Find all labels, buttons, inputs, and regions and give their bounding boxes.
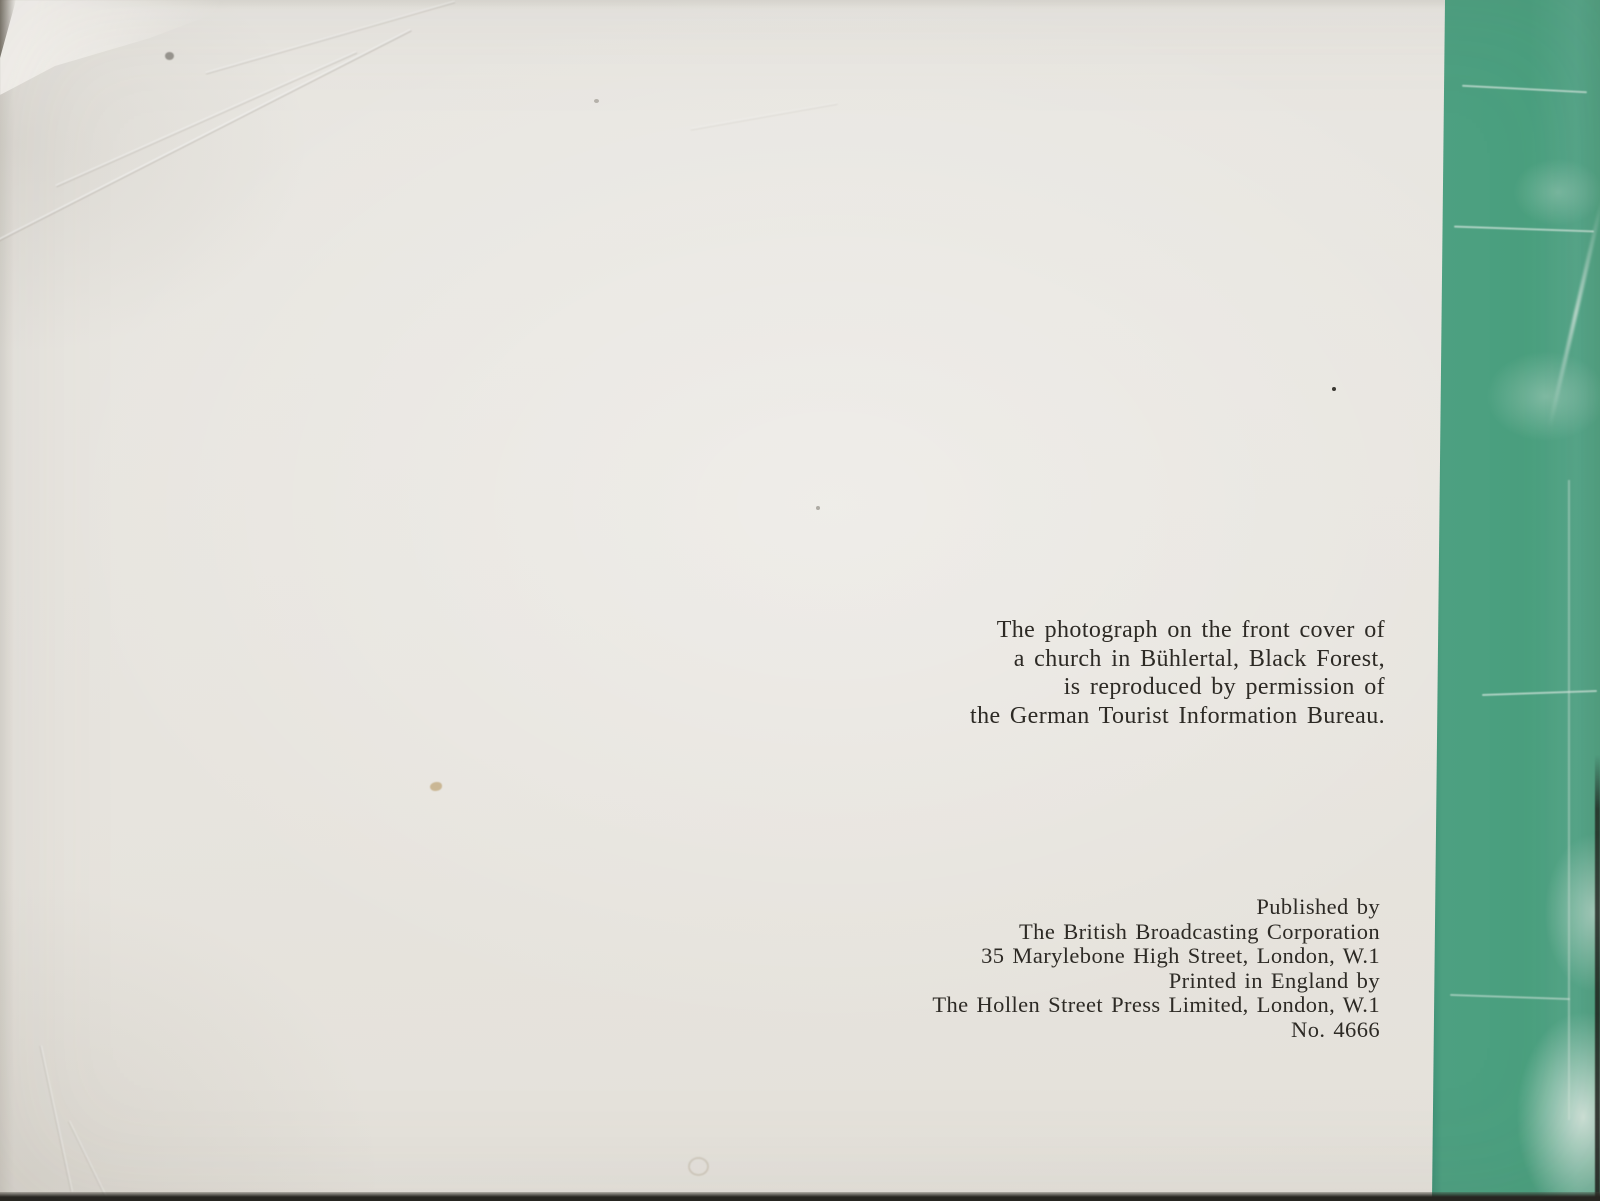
green-spine-strip [1432, 0, 1600, 1201]
paper-surface: The photograph on the front cover of a c… [0, 0, 1600, 1201]
paper-speck [594, 99, 599, 103]
imprint-line: 35 Marylebone High Street, London, W.1 [932, 944, 1380, 969]
ring-stain [688, 1157, 709, 1176]
paper-speck [816, 506, 820, 510]
credit-line: The photograph on the front cover of [970, 616, 1385, 645]
paper-speck [165, 52, 174, 60]
crease-line [690, 102, 838, 131]
scan-bottom-edge [0, 1192, 1600, 1201]
paper-speck [1332, 387, 1336, 391]
imprint-line: The Hollen Street Press Limited, London,… [932, 993, 1380, 1018]
imprint-line: The British Broadcasting Corporation [932, 920, 1380, 945]
crease-line [67, 1120, 109, 1201]
credit-line: a church in Bühlertal, Black Forest, [970, 645, 1385, 674]
spine-edge-shadow [1595, 755, 1600, 1201]
imprint-line: Printed in England by [932, 969, 1380, 994]
book-back-cover: The photograph on the front cover of a c… [0, 0, 1600, 1201]
imprint-line: No. 4666 [932, 1018, 1380, 1043]
paper-stain [430, 782, 442, 791]
credit-line: the German Tourist Information Bureau. [970, 702, 1385, 731]
spine-scuff-streak [1548, 198, 1600, 428]
spine-vertical-crease [1568, 480, 1570, 1120]
cover-photo-credit: The photograph on the front cover of a c… [970, 616, 1385, 730]
crease-line [39, 1045, 73, 1192]
spine-crease [1454, 226, 1594, 233]
spine-crease [1462, 85, 1587, 94]
publisher-imprint: Published by The British Broadcasting Co… [932, 895, 1380, 1042]
spine-crease [1450, 994, 1570, 1000]
torn-corner [0, 0, 250, 95]
imprint-line: Published by [932, 895, 1380, 920]
credit-line: is reproduced by permission of [970, 673, 1385, 702]
spine-crease [1482, 690, 1597, 696]
